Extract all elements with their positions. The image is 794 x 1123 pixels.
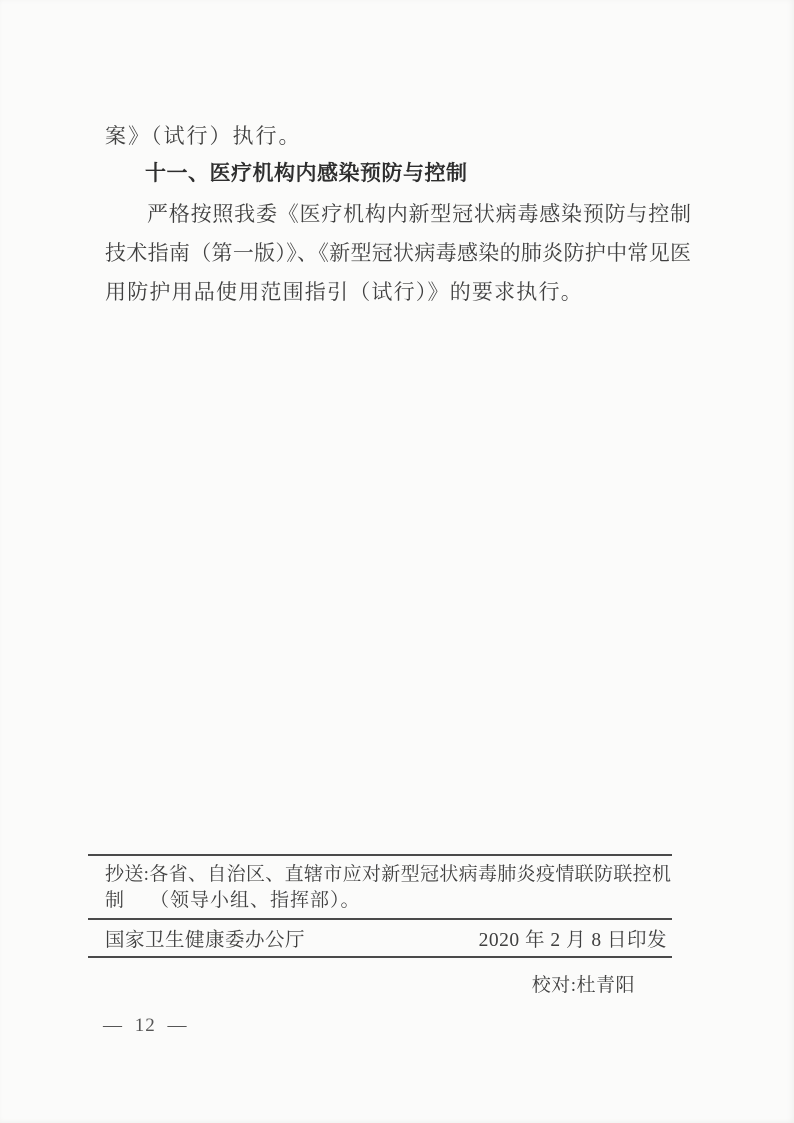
paragraph-line: 严格按照我委《医疗机构内新型冠状病毒感染预防与控制 xyxy=(105,200,691,228)
paragraph-line: 技术指南（第一版）》、《新型冠状病毒感染的肺炎防护中常见医 xyxy=(105,239,691,267)
proofreader: 校对:杜青阳 xyxy=(532,973,635,999)
separator-line-top xyxy=(88,854,672,856)
issuing-office: 国家卫生健康委办公厅 xyxy=(105,928,305,954)
separator-line-middle xyxy=(88,918,672,920)
paragraph-line: 用防护用品使用范围指引（试行）》的要求执行。 xyxy=(105,278,691,306)
print-date: 2020 年 2 月 8 日印发 xyxy=(479,928,667,954)
page-number: — 12 — xyxy=(103,1014,188,1038)
cc-distribution-line-2: （领导小组、指挥部）。 xyxy=(150,888,361,914)
separator-line-bottom xyxy=(88,956,672,958)
cc-label: 抄送: xyxy=(105,864,149,885)
document-page: 案》（试行）执行。 十一、医疗机构内感染预防与控制 严格按照我委《医疗机构内新型… xyxy=(0,0,794,1123)
body-continuation-line: 案》（试行）执行。 xyxy=(105,122,691,150)
section-heading: 十一、医疗机构内感染预防与控制 xyxy=(145,160,468,188)
